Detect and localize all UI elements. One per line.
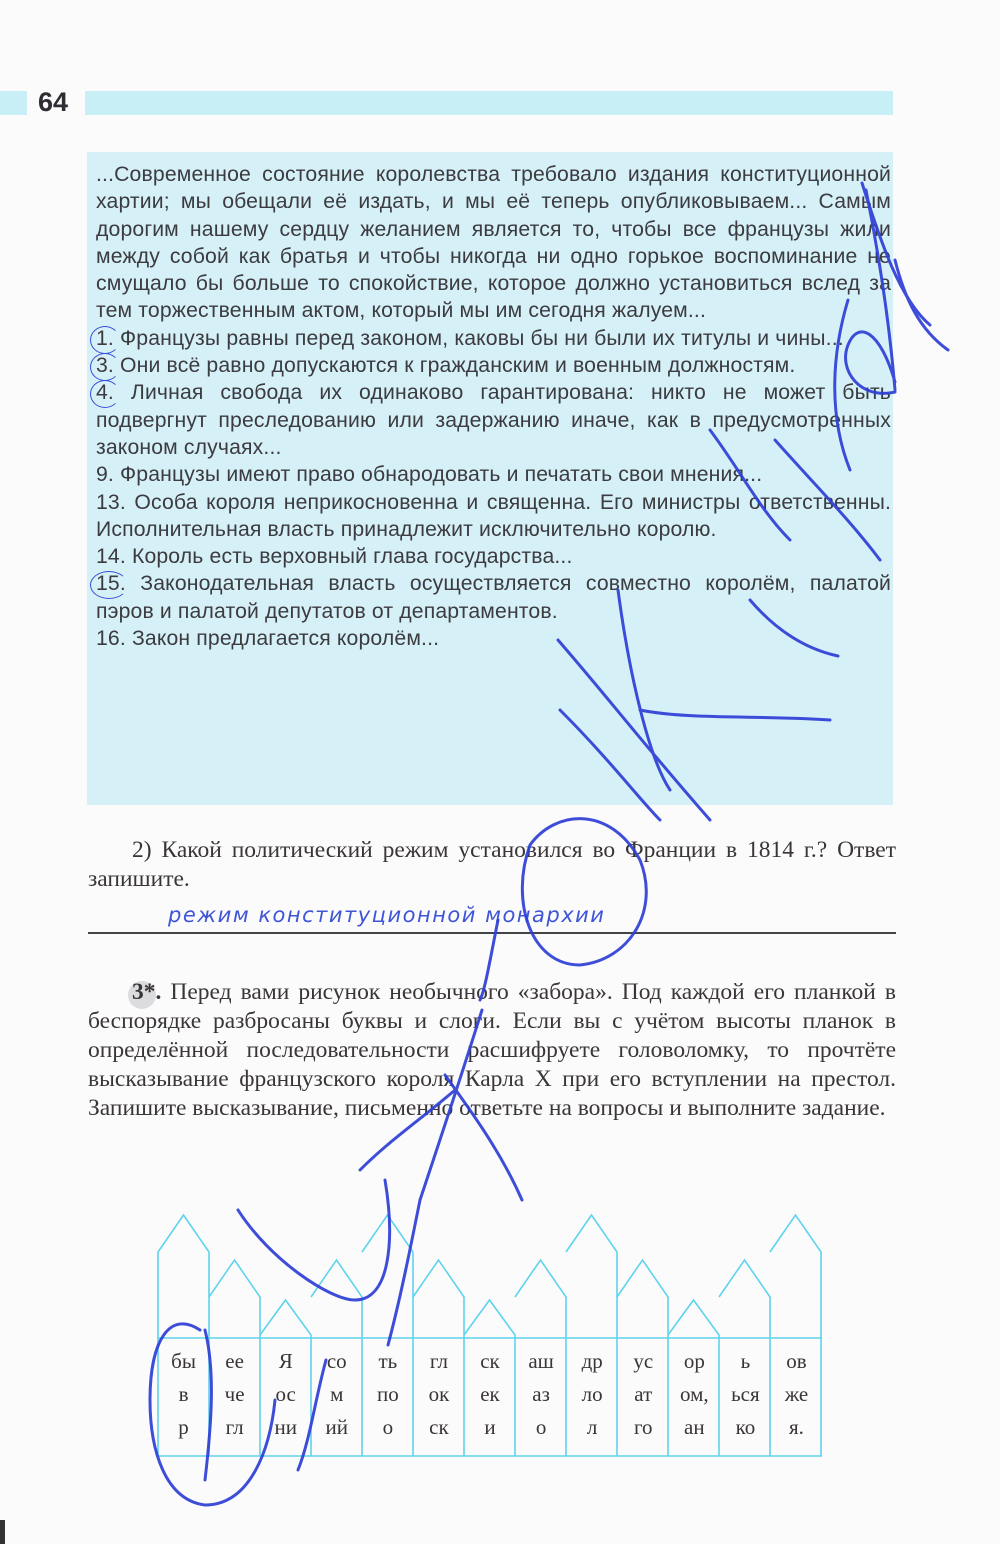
- fence-column-3: Яосни: [260, 1345, 311, 1444]
- fence-column-13: овжея.: [771, 1345, 822, 1444]
- fence-column-1: бывр: [158, 1345, 209, 1444]
- fence-column-9: дрлол: [567, 1345, 618, 1444]
- fence-column-2: еечегл: [209, 1345, 260, 1444]
- fence-letter-columns: бывр еечегл Яосни сомий тьпоо глокск ске…: [158, 1345, 822, 1444]
- fence-column-6: глокск: [413, 1345, 464, 1444]
- fence-column-8: ашазо: [516, 1345, 567, 1444]
- fence-column-11: ором,ан: [669, 1345, 720, 1444]
- fence-column-7: скеки: [464, 1345, 515, 1444]
- fence-puzzle-drawing: [0, 0, 1000, 1544]
- fence-column-5: тьпоо: [362, 1345, 413, 1444]
- fence-column-10: усатго: [618, 1345, 669, 1444]
- fence-column-12: ььсяко: [720, 1345, 771, 1444]
- fence-column-4: сомий: [311, 1345, 362, 1444]
- scan-edge-shadow: [0, 1520, 5, 1544]
